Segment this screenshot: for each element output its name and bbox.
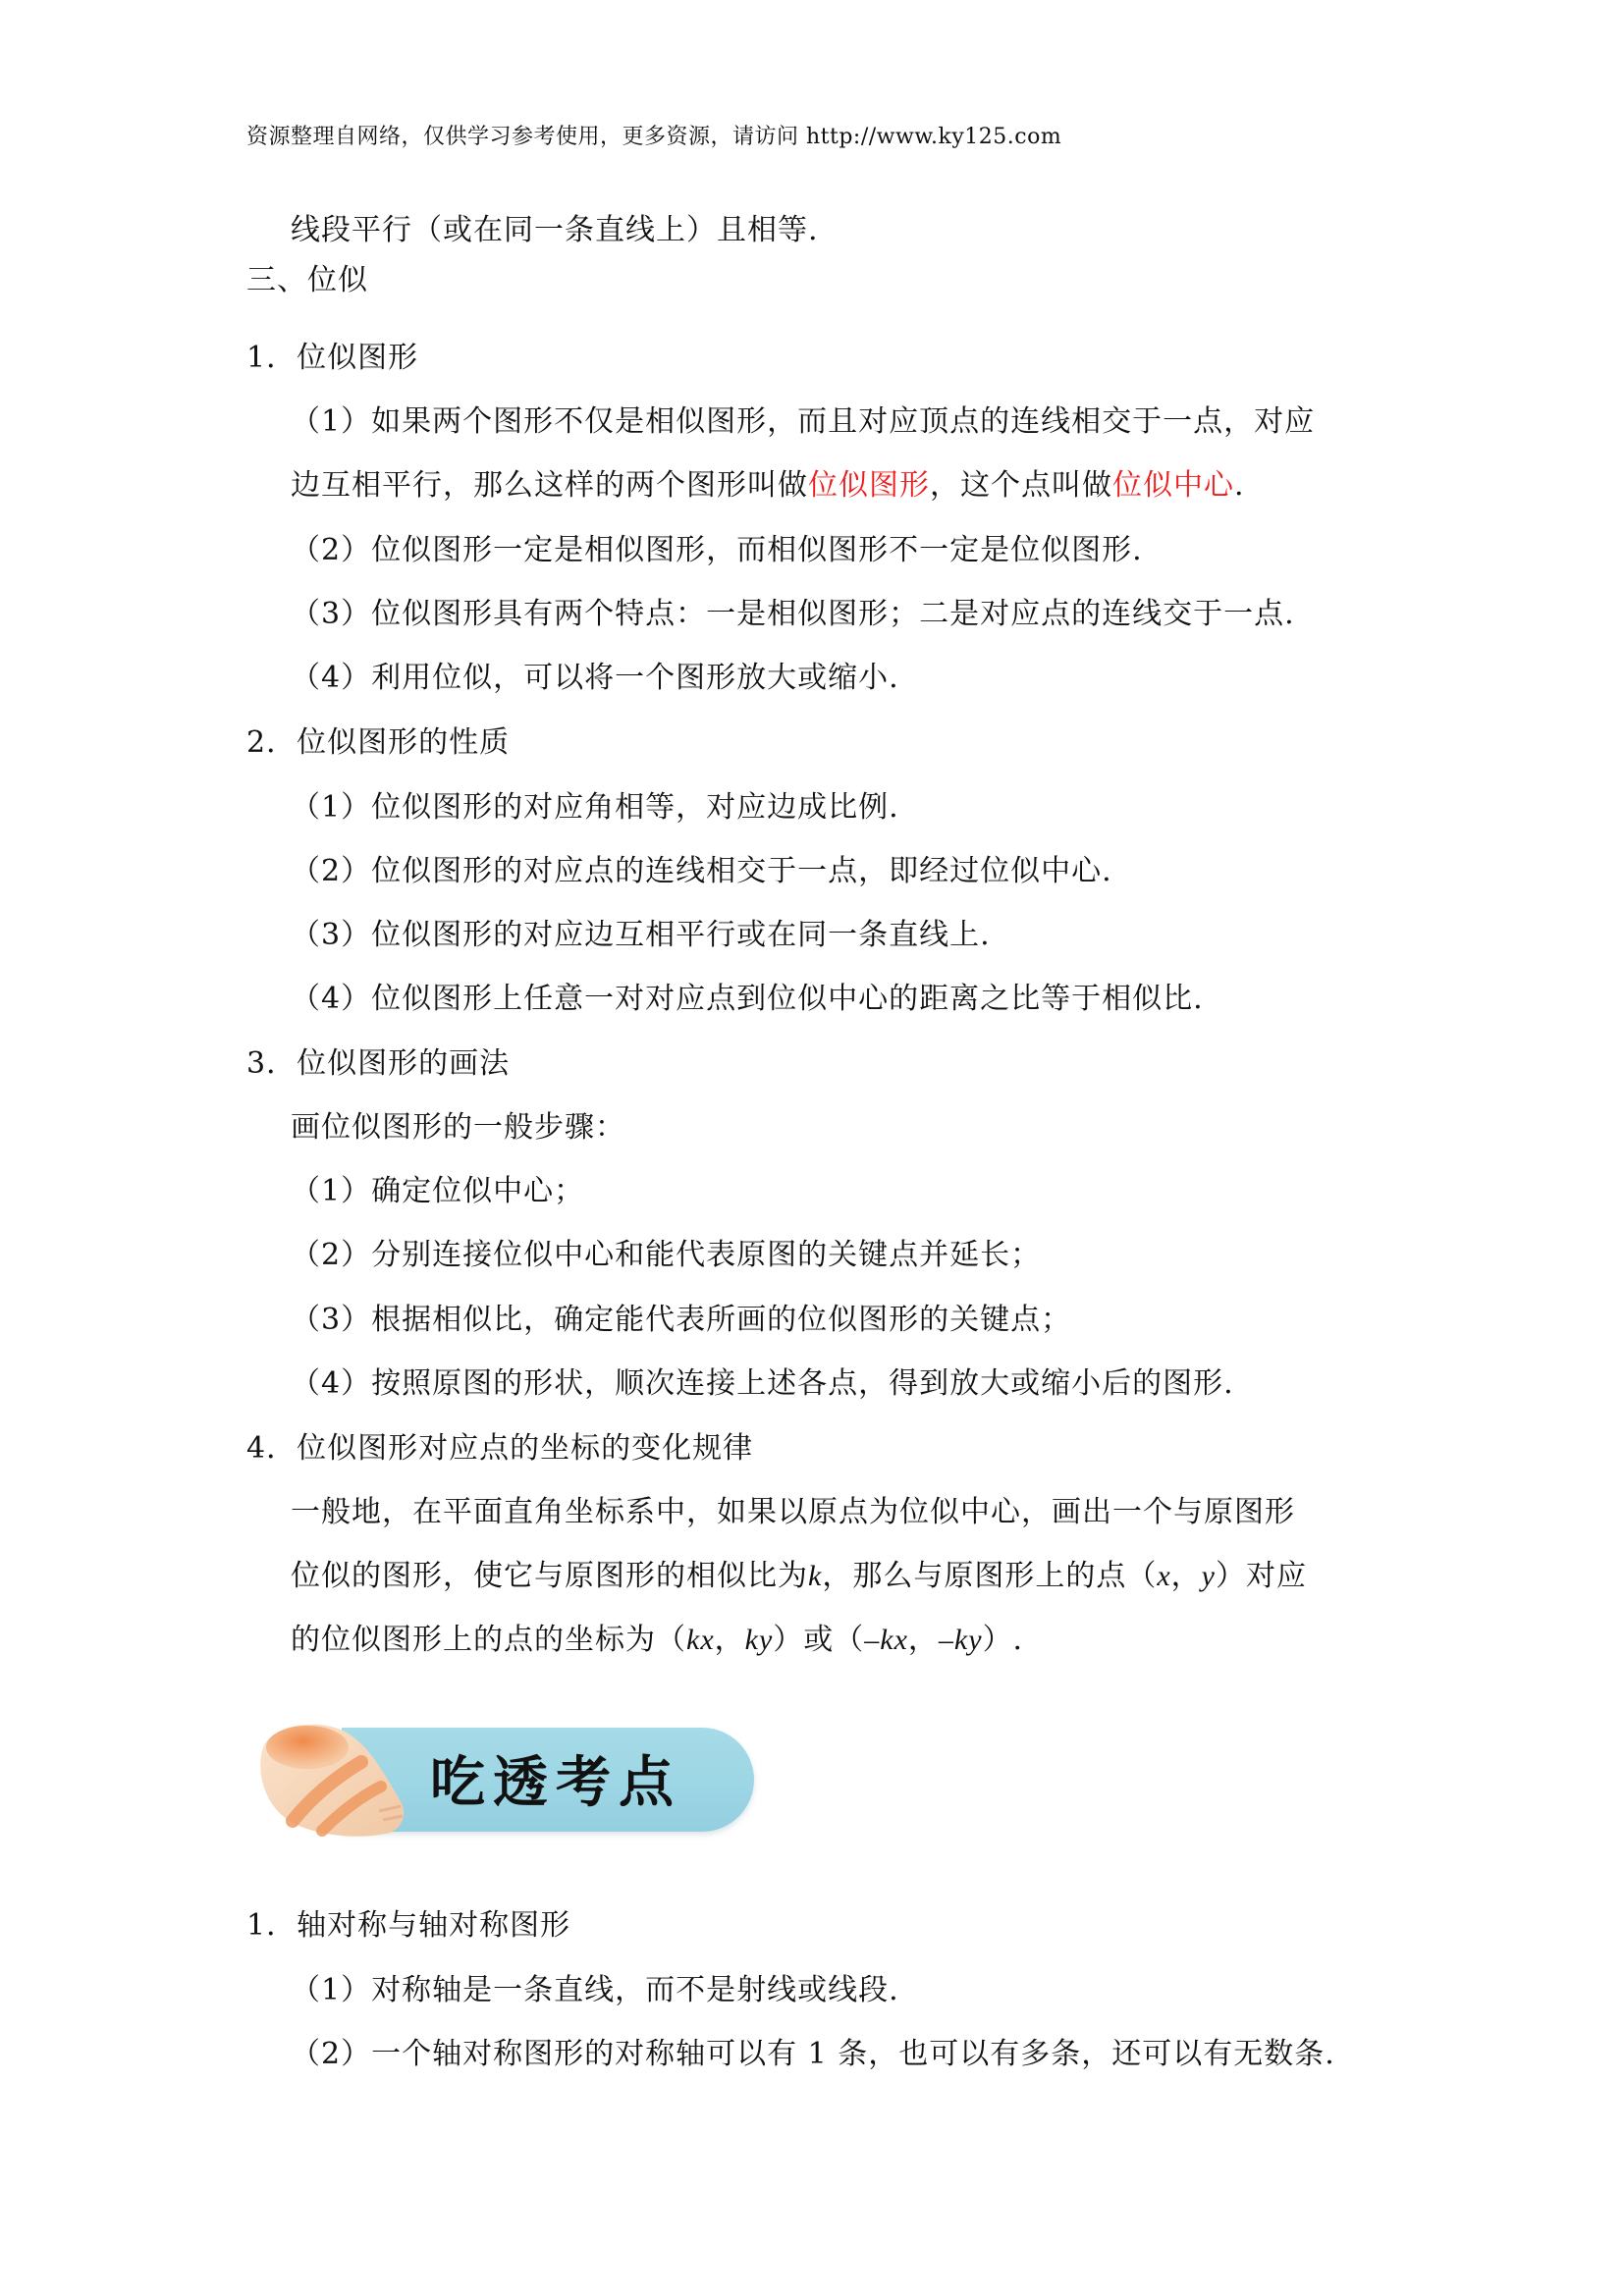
step-4: （4）按照原图的形状，顺次连接上述各点，得到放大或缩小后的图形. [291, 1364, 1234, 1404]
para-line-2: 位似的图形，使它与原图形的相似比为k，那么与原图形上的点（x，y）对应 [291, 1557, 1307, 1596]
subsection-title-3: 3．位似图形的画法 [246, 1044, 510, 1084]
item-1-4: （4）利用位似，可以将一个图形放大或缩小. [291, 659, 899, 698]
kaodian-item-2: （2）一个轴对称图形的对称轴可以有 1 条，也可以有多条，还可以有无数条. [291, 2035, 1335, 2074]
text: 位似的图形，使它与原图形的相似比为 [291, 1559, 808, 1593]
item-1-1-line2: 边互相平行，那么这样的两个图形叫做位似图形，这个点叫做位似中心. [291, 466, 1245, 506]
step-1: （1）确定位似中心； [291, 1172, 584, 1211]
step-3: （3）根据相似比，确定能代表所画的位似图形的关键点； [291, 1301, 1071, 1340]
item-2-2: （2）位似图形的对应点的连线相交于一点，即经过位似中心. [291, 852, 1112, 891]
item-2-4: （4）位似图形上任意一对对应点到位似中心的距离之比等于相似比. [291, 980, 1204, 1019]
math-kx: kx [686, 1624, 715, 1656]
math-neg-kx: –kx [864, 1624, 908, 1656]
text: 边互相平行，那么这样的两个图形叫做 [291, 468, 808, 503]
section-title: 三、位似 [246, 261, 368, 300]
continuation-line: 线段平行（或在同一条直线上）且相等. [291, 211, 819, 250]
text: ，这个点叫做 [930, 468, 1112, 503]
subsection-title-4: 4．位似图形对应点的坐标的变化规律 [246, 1429, 753, 1468]
item-1-2: （2）位似图形一定是相似图形，而相似图形不一定是位似图形. [291, 531, 1143, 570]
kaodian-item-1: （1）对称轴是一条直线，而不是射线或线段. [291, 1971, 899, 2010]
text: ， [908, 1623, 939, 1657]
text: . [1234, 468, 1245, 503]
steps-intro: 画位似图形的一般步骤： [291, 1108, 625, 1148]
kaodian-title-1: 1．轴对称与轴对称图形 [246, 1906, 570, 1946]
section-banner: 吃透考点 [253, 1718, 774, 1836]
term-homothetic-center: 位似中心 [1112, 468, 1234, 503]
item-2-1: （1）位似图形的对应角相等，对应边成比例. [291, 788, 899, 828]
item-2-3: （3）位似图形的对应边互相平行或在同一条直线上. [291, 916, 991, 955]
text: 的位似图形上的点的坐标为（ [291, 1623, 686, 1657]
text: ，那么与原图形上的点（ [822, 1559, 1157, 1593]
seashell-icon [253, 1718, 410, 1841]
math-k: k [808, 1560, 822, 1592]
text: ）. [983, 1623, 1024, 1657]
header-note: 资源整理自网络，仅供学习参考使用，更多资源，请访问 http://www.ky1… [246, 120, 1061, 150]
banner-title: 吃透考点 [430, 1739, 681, 1818]
step-2: （2）分别连接位似中心和能代表原图的关键点并延长； [291, 1236, 1041, 1275]
text: ， [715, 1623, 745, 1657]
text: ， [1171, 1559, 1202, 1593]
math-neg-ky: –ky [939, 1624, 983, 1656]
para-line-1: 一般地，在平面直角坐标系中，如果以原点为位似中心，画出一个与原图形 [291, 1493, 1295, 1532]
math-ky: ky [745, 1624, 774, 1656]
term-homothetic-figure: 位似图形 [808, 468, 930, 503]
text: ）对应 [1216, 1559, 1307, 1593]
math-x: x [1157, 1560, 1170, 1592]
item-1-3: （3）位似图形具有两个特点：一是相似图形；二是对应点的连线交于一点. [291, 595, 1295, 634]
math-y: y [1202, 1560, 1216, 1592]
text: ）或（ [773, 1623, 864, 1657]
para-line-3: 的位似图形上的点的坐标为（kx，ky）或（–kx，–ky）. [291, 1621, 1023, 1660]
subsection-title-1: 1．位似图形 [246, 339, 418, 378]
item-1-1-line1: （1）如果两个图形不仅是相似图形，而且对应顶点的连线相交于一点，对应 [291, 402, 1315, 442]
subsection-title-2: 2．位似图形的性质 [246, 723, 510, 763]
